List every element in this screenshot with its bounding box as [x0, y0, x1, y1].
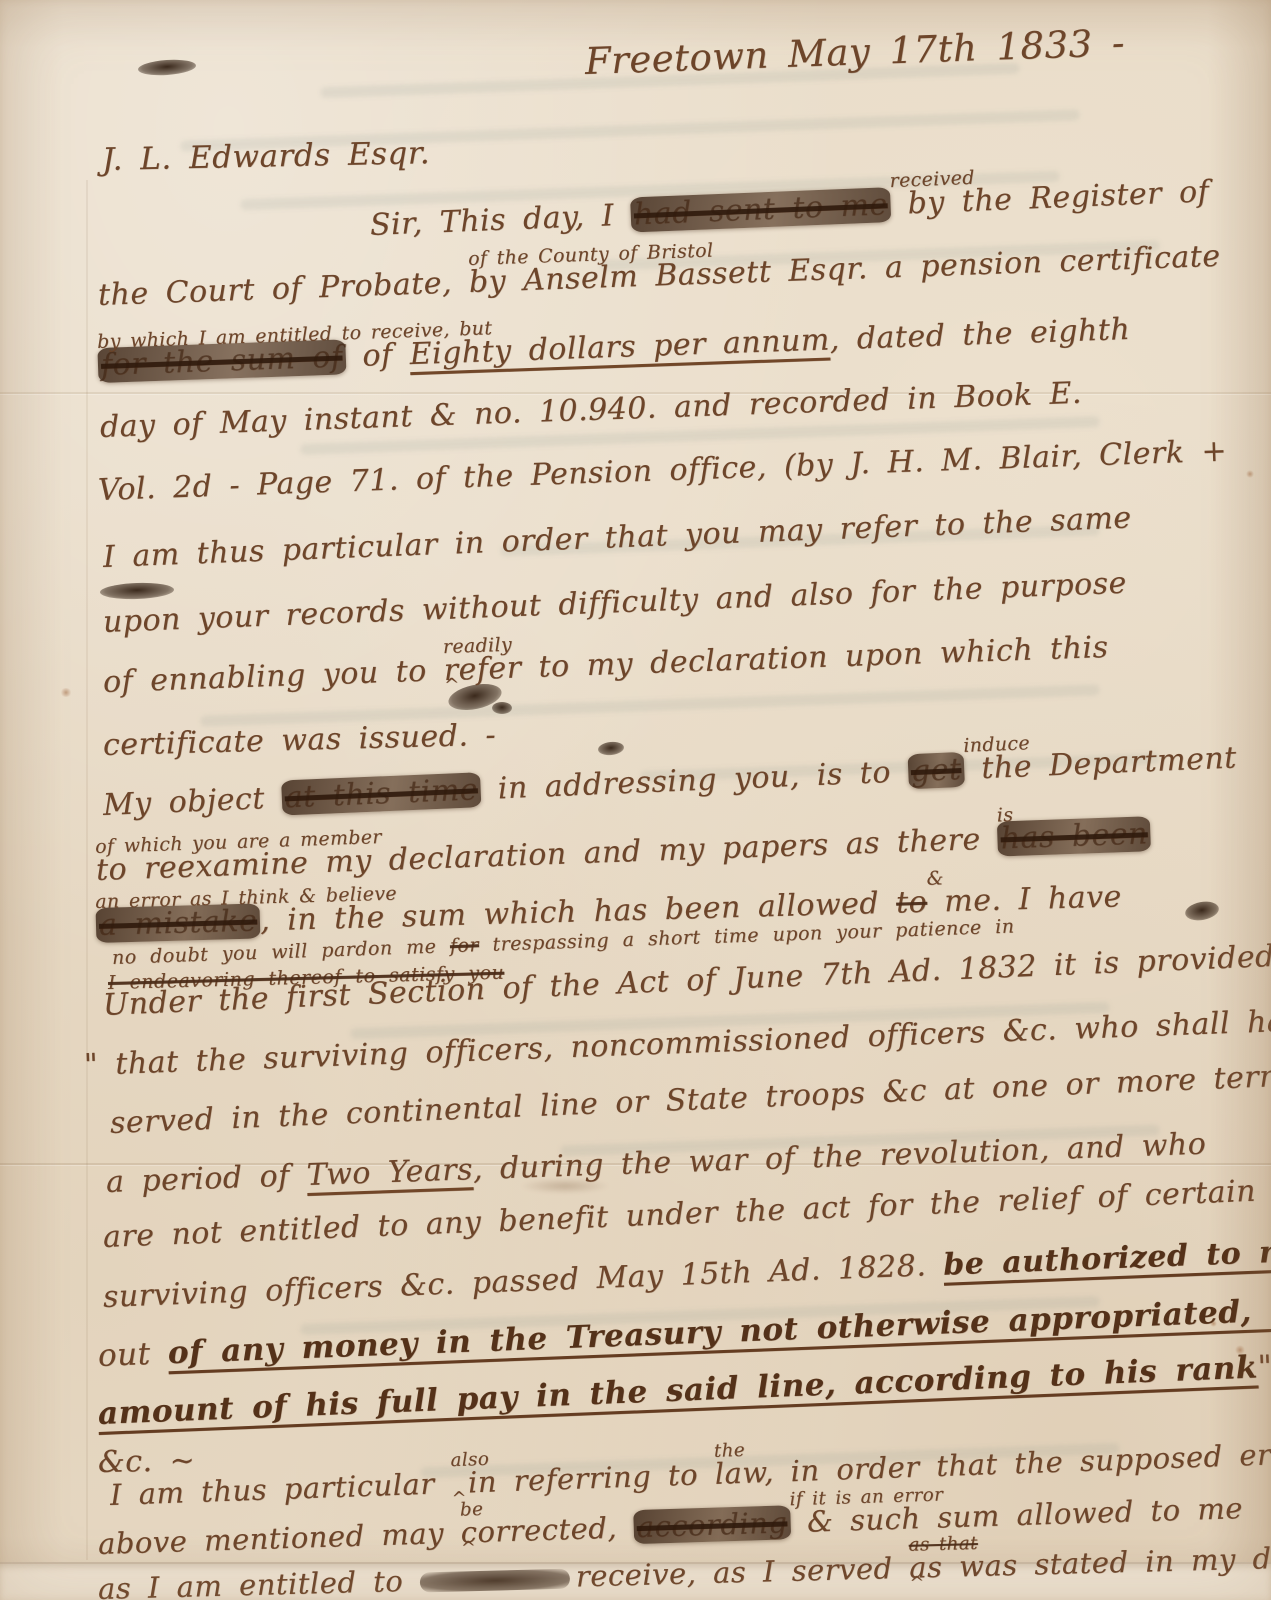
ink-blot: [138, 58, 197, 77]
line-03: by which I am entitled to receive, butfo…: [97, 312, 1130, 383]
ink-blot: [492, 702, 512, 714]
line-02: the Court of Probate, of the County of B…: [97, 239, 1221, 313]
text-segment-c: ^: [909, 1574, 910, 1594]
text-segment-n: the Court of Probate,: [97, 265, 469, 313]
text-segment-n: ": [83, 1047, 116, 1083]
text-segment-i: is: [996, 805, 997, 827]
text-segment-n: of ennabling you to: [102, 653, 444, 700]
text-segment-n: above mentioned may: [97, 1516, 461, 1561]
text-segment-n: a period of: [105, 1158, 307, 1200]
text-segment-n: law, in order that the supposed error: [714, 1436, 1271, 1491]
text-segment-n: corrected,: [460, 1510, 634, 1549]
line-05: Vol. 2d - Page 71. of the Pension office…: [97, 434, 1227, 508]
text-segment-bw: [420, 1569, 570, 1593]
text-segment-c: ^: [444, 675, 445, 696]
text-segment-is: as that: [908, 1535, 909, 1556]
text-segment-i: be: [460, 1500, 461, 1521]
text-segment-i: of the County of Bristol: [468, 248, 469, 270]
text-segment-s: for: [450, 934, 480, 957]
text-segment-n: ": [1257, 1349, 1271, 1386]
age-spot: [60, 688, 72, 697]
text-segment-i: the: [714, 1441, 715, 1462]
text-segment-n: in addressing you, is to: [480, 754, 909, 807]
line-06: I am thus particular in order that you m…: [102, 500, 1132, 574]
text-segment-n: certificate was issued. -: [103, 718, 497, 763]
line-09: certificate was issued. -: [103, 718, 497, 763]
text-segment-u: Two Years: [306, 1152, 473, 1193]
text-segment-c: ^: [461, 1539, 462, 1559]
text-segment-i: received: [889, 170, 890, 192]
text-segment-n: Vol. 2d - Page 71. of the Pension office…: [97, 434, 1227, 508]
text-segment-n: refer to my declaration upon which this: [443, 630, 1109, 688]
text-segment-n: in referring to: [451, 1457, 716, 1500]
ink-blot: [1184, 899, 1221, 923]
text-segment-n: I have: [1018, 879, 1122, 917]
addressee: J. L. Edwards Esqr.: [102, 135, 431, 178]
ink-blot: [100, 582, 175, 601]
text-segment-i: induce: [963, 735, 964, 757]
text-segment-i: &: [926, 868, 927, 890]
text-segment-n: I am thus particular in order that you m…: [102, 500, 1132, 574]
text-segment-hs: has been: [997, 816, 1151, 856]
ink-blot: [597, 741, 624, 757]
letter-scan: Freetown May 17th 1833 - J. L. Edwards E…: [0, 0, 1271, 1600]
text-segment-hs: at this time: [281, 772, 482, 815]
text-segment-i: also: [450, 1450, 451, 1471]
text-segment-n: out: [97, 1335, 168, 1374]
text-segment-n: upon your records without difficulty and…: [102, 566, 1127, 640]
line-11: of which you are a memberto reexamine my…: [95, 816, 1151, 888]
paper-sheet: Freetown May 17th 1833 - J. L. Edwards E…: [0, 0, 1271, 1600]
text-segment-i: an error as I think & believe: [95, 891, 96, 913]
text-segment-ub: be authorized to receive,: [943, 1230, 1271, 1282]
text-segment-hs: get: [907, 752, 965, 789]
text-segment-hs: according: [633, 1505, 791, 1544]
text-segment-i: readily: [443, 636, 444, 658]
text-segment-n: My object: [102, 781, 282, 823]
age-spot: [1246, 470, 1254, 478]
text-segment-s: to: [896, 885, 928, 921]
text-segment-n: , dated the eighth: [829, 312, 1131, 357]
text-segment-i: by which I am entitled to receive, but: [97, 331, 98, 353]
text-segment-i: if it is an error: [789, 1489, 790, 1510]
line-07: upon your records without difficulty and…: [102, 566, 1127, 640]
text-segment-i: of which you are a member: [95, 836, 96, 858]
text-segment-c: ^: [452, 1489, 453, 1509]
fold-crease-vertical: [86, 180, 88, 1560]
